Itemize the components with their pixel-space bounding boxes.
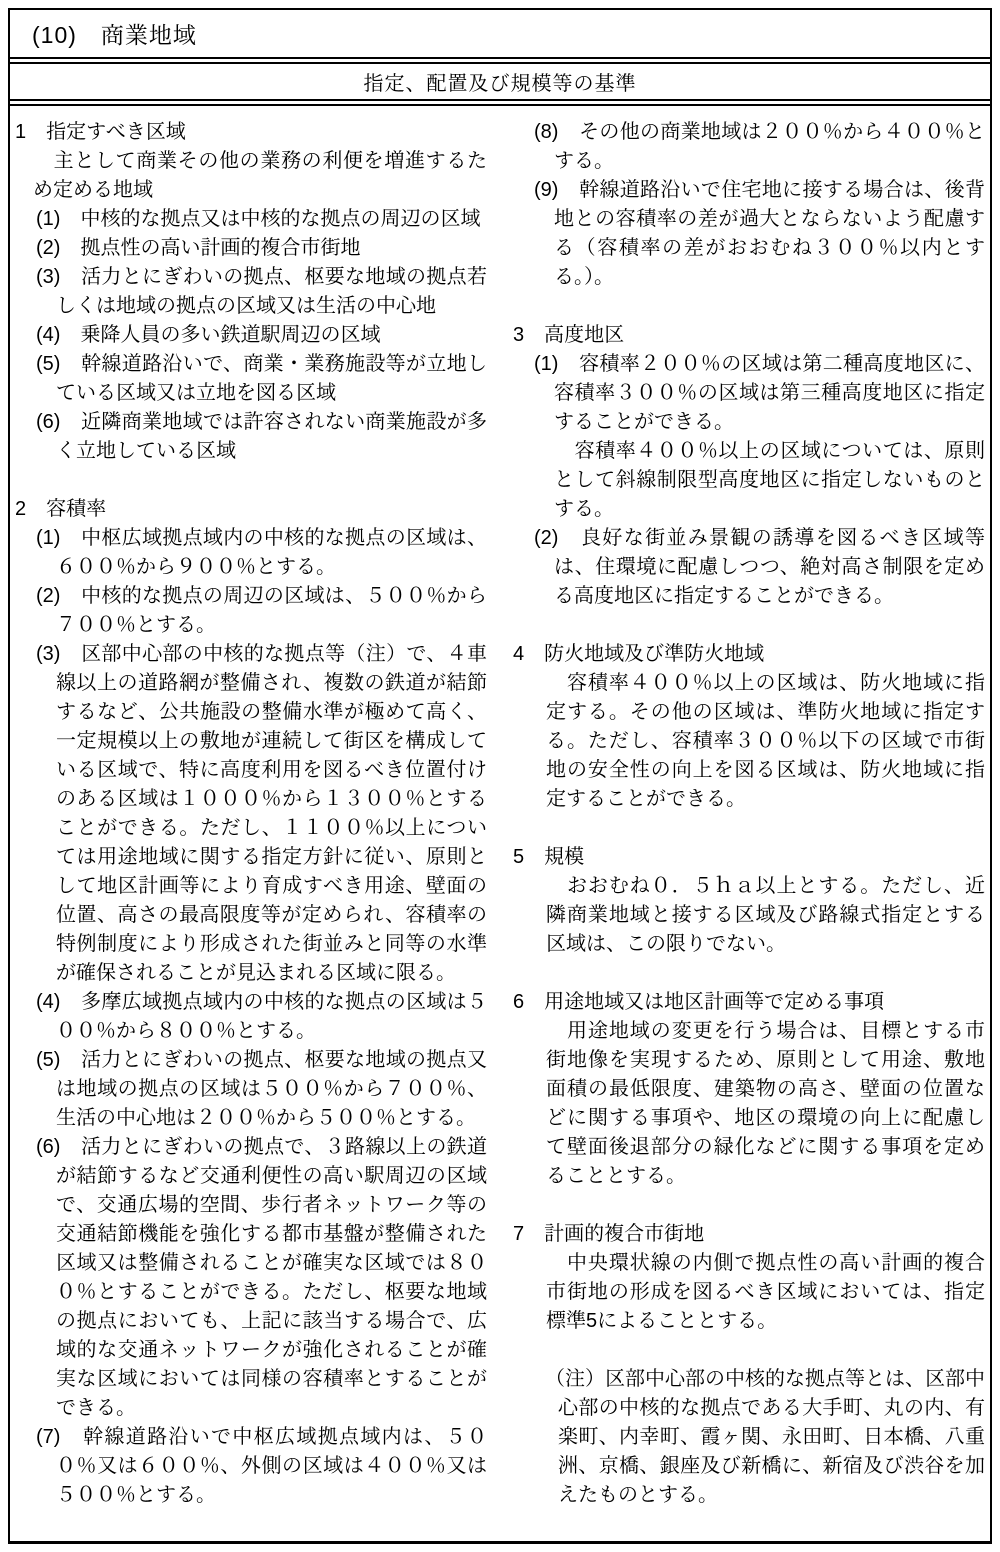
list-item: (9) 幹線道路沿いで住宅地に接する場合は、後背地との容積率の差が過大とならない… [534,176,985,292]
section-4-fire-prevention-district: 4 防火地域及び準防火地域 容積率４００％以上の区域は、防火地域に指定する。その… [513,640,985,814]
section-heading: 5 規模 [513,843,985,872]
section-heading: 2 容積率 [15,495,487,524]
section-body-paragraph: 中央環状線の内側で拠点性の高い計画的複合市街地の形成を図るべき区域においては、指… [513,1249,985,1336]
list-item: (2) 拠点性の高い計画的複合市街地 [36,234,487,263]
section-body-paragraph: 用途地域の変更を行う場合は、目標とする市街地像を実現するため、原則として用途、敷… [513,1017,985,1191]
list-item: (4) 多摩広域拠点域内の中核的な拠点の区域は５００％から８００％とする。 [36,988,487,1046]
footnote: （注）区部中心部の中核的な拠点等とは、区部中心部の中核的な拠点である大手町、丸の… [545,1365,985,1510]
section-heading: 7 計画的複合市街地 [513,1220,985,1249]
section-heading: 4 防火地域及び準防火地域 [513,640,985,669]
section-heading: 3 高度地区 [513,321,985,350]
section-2-continued: (8) その他の商業地域は２００％から４００％とする。 (9) 幹線道路沿いで住… [513,118,985,292]
list-item: (5) 幹線道路沿いで、商業・業務施設等が立地している区域又は立地を図る区域 [36,350,487,408]
section-body-paragraph: おおむね０．５ｈａ以上とする。ただし、近隣商業地域と接する区域及び路線式指定とす… [513,872,985,959]
list-item: (1) 中枢広域拠点域内の中核的な拠点の区域は、６００％から９００％とする。 [36,524,487,582]
section-3-height-district: 3 高度地区 (1) 容積率２００％の区域は第二種高度地区に、容積率３００％の区… [513,321,985,611]
page-title: (10) 商業地域 [32,17,197,50]
list-item: (8) その他の商業地域は２００％から４００％とする。 [534,118,985,176]
section-heading: 1 指定すべき区域 [15,118,487,147]
list-item: (2) 良好な街並み景観の誘導を図るべき区域等は、住環境に配慮しつつ、絶対高さ制… [534,524,985,611]
section-intro-paragraph: 主として商業その他の業務の利便を増進するため定める地域 [15,147,487,205]
list-item: (1) 中核的な拠点又は中核的な拠点の周辺の区域 [36,205,487,234]
document-subtitle-row: 指定、配置及び規模等の基準 [10,64,990,99]
double-rule-divider [10,57,990,64]
section-1-designated-areas: 1 指定すべき区域 主として商業その他の業務の利便を増進するため定める地域 (1… [15,118,487,466]
list-item: (3) 区部中心部の中核的な拠点等（注）で、４車線以上の道路網が整備され、複数の… [36,640,487,988]
list-item-paragraph: (1) 容積率２００％の区域は第二種高度地区に、容積率３００％の区域は第三種高度… [554,350,985,437]
right-column: (8) その他の商業地域は２００％から４００％とする。 (9) 幹線道路沿いで住… [513,118,985,1510]
section-2-floor-area-ratio: 2 容積率 (1) 中枢広域拠点域内の中核的な拠点の区域は、６００％から９００％… [15,495,487,1510]
list-item: (1) 容積率２００％の区域は第二種高度地区に、容積率３００％の区域は第三種高度… [534,350,985,524]
list-item-paragraph: 容積率４００％以上の区域については、原則として斜線制限型高度地区に指定しないもの… [554,437,985,524]
left-column: 1 指定すべき区域 主として商業その他の業務の利便を増進するため定める地域 (1… [15,118,487,1510]
list-item: (6) 近隣商業地域では許容されない商業施設が多く立地している区域 [36,408,487,466]
list-item: (6) 活力とにぎわいの拠点で、３路線以上の鉄道が結節するなど交通利便性の高い駅… [36,1133,487,1423]
section-body-paragraph: 容積率４００％以上の区域は、防火地域に指定する。その他の区域は、準防火地域に指定… [513,669,985,814]
section-7-planned-composite-urban-area: 7 計画的複合市街地 中央環状線の内側で拠点性の高い計画的複合市街地の形成を図る… [513,1220,985,1336]
list-item: (5) 活力とにぎわいの拠点、枢要な地域の拠点又は地域の拠点の区域は５００％から… [36,1046,487,1133]
document-title-row: (10) 商業地域 [10,10,990,57]
section-heading: 6 用途地域又は地区計画等で定める事項 [513,988,985,1017]
list-item: (2) 中核的な拠点の周辺の区域は、５００％から７００％とする。 [36,582,487,640]
list-item: (7) 幹線道路沿いで中枢広域拠点域内は、５００％又は６００％、外側の区域は４０… [36,1423,487,1510]
list-item: (3) 活力とにぎわいの拠点、枢要な地域の拠点若しくは地域の拠点の区域又は生活の… [36,263,487,321]
document-frame: (10) 商業地域 指定、配置及び規模等の基準 1 指定すべき区域 主として商業… [8,8,992,1544]
section-6-zoning-district-plan-items: 6 用途地域又は地区計画等で定める事項 用途地域の変更を行う場合は、目標とする市… [513,988,985,1191]
document-body: 1 指定すべき区域 主として商業その他の業務の利便を増進するため定める地域 (1… [10,106,990,1510]
section-5-scale: 5 規模 おおむね０．５ｈａ以上とする。ただし、近隣商業地域と接する区域及び路線… [513,843,985,959]
page-subtitle: 指定、配置及び規模等の基準 [364,67,637,96]
list-item: (4) 乗降人員の多い鉄道駅周辺の区域 [36,321,487,350]
double-rule-divider [10,99,990,106]
